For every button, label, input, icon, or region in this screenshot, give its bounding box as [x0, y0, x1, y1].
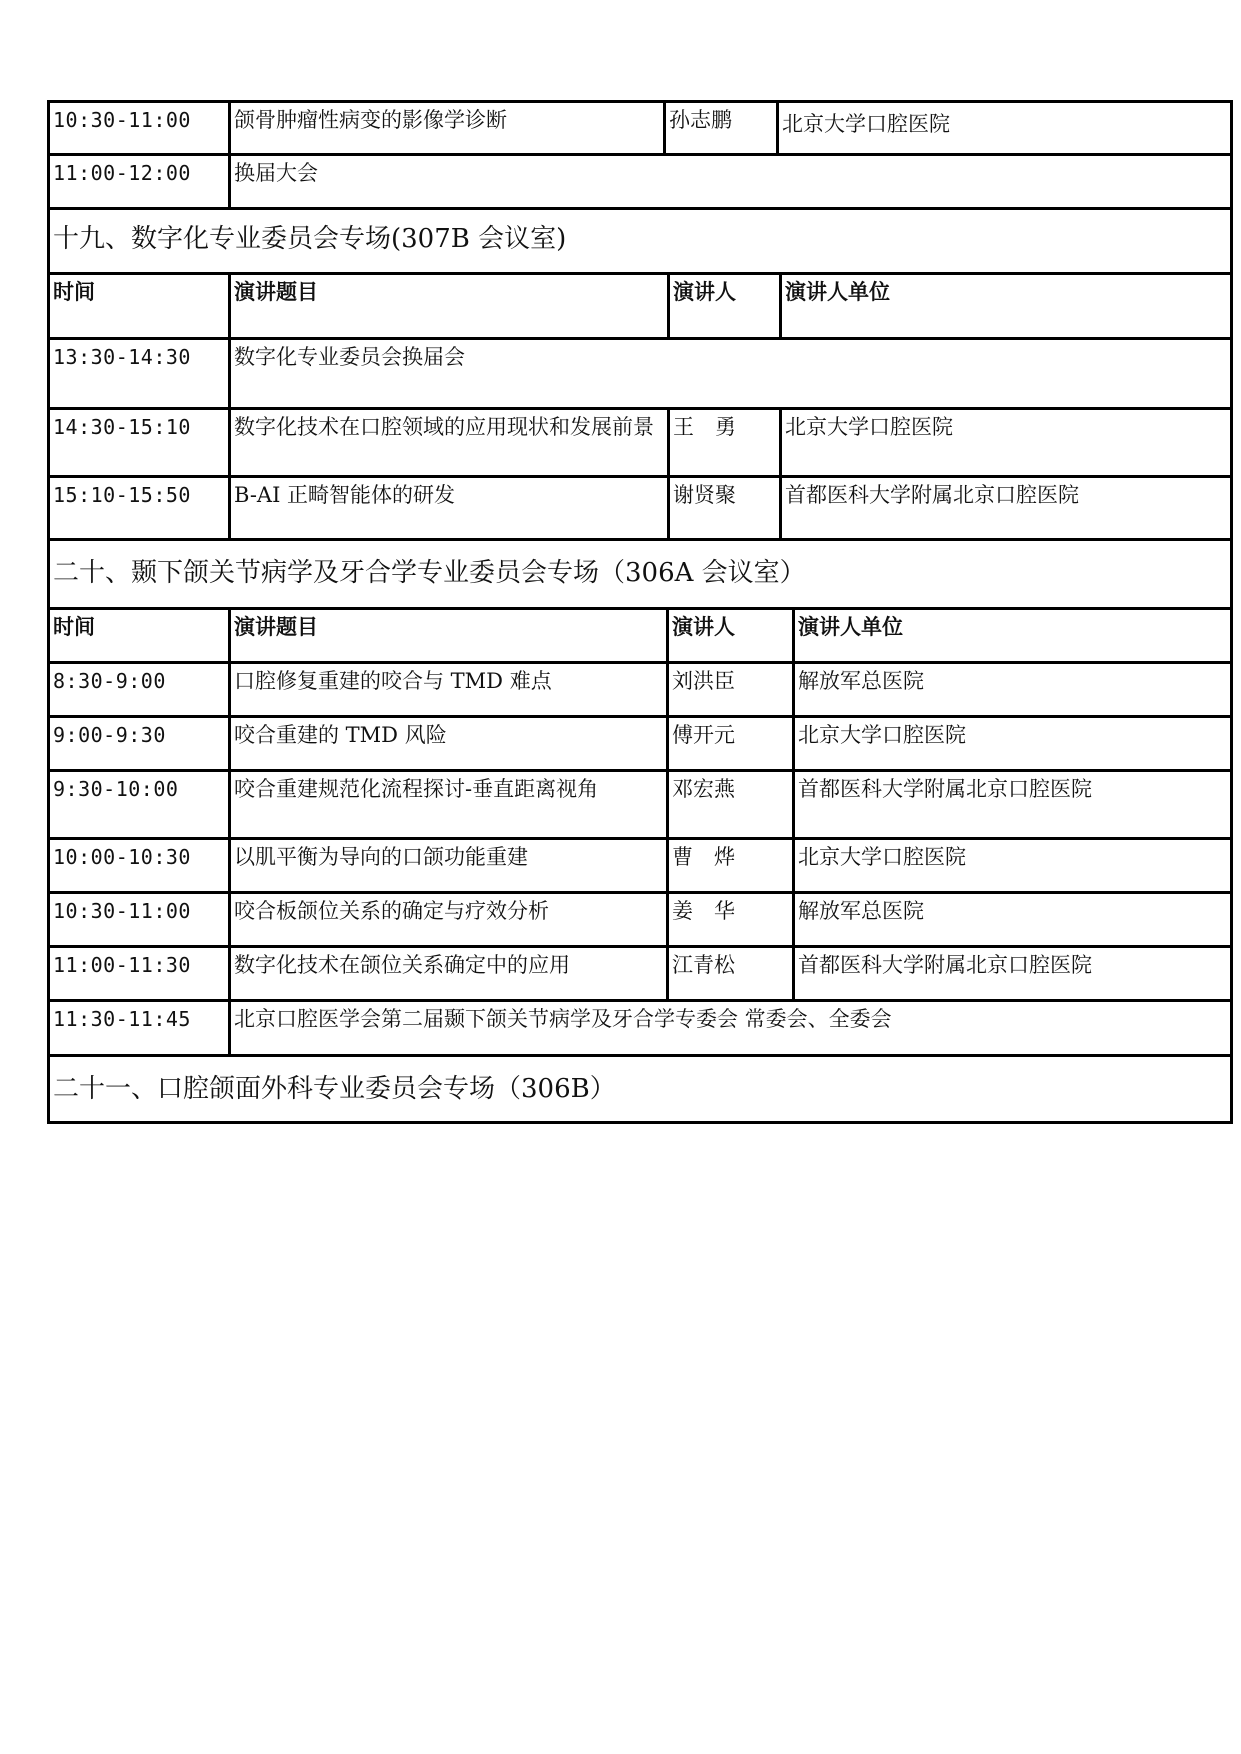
table-row: 11:00-12:00 换届大会 [49, 155, 1232, 209]
speaker-cell: 王 勇 [669, 409, 781, 477]
header-topic: 演讲题目 [230, 609, 668, 663]
topic-cell: 颌骨肿瘤性病变的影像学诊断 [230, 102, 665, 155]
section-20-title: 二十、颞下颌关节病学及牙合学专业委员会专场（306A 会议室） [49, 540, 1232, 609]
affiliation-cell: 首都医科大学附属北京口腔医院 [794, 947, 1232, 1001]
section-title-row: 二十一、口腔颌面外科专业委员会专场（306B） [49, 1056, 1232, 1123]
speaker-cell: 孙志鹏 [665, 102, 778, 155]
time-cell: 13:30-14:30 [49, 339, 230, 409]
affiliation-cell: 北京大学口腔医院 [794, 717, 1232, 771]
speaker-cell: 傅开元 [668, 717, 794, 771]
topic-cell: B-AI 正畸智能体的研发 [230, 477, 669, 540]
schedule-table-section20: 时间 演讲题目 演讲人 演讲人单位 8:30-9:00 口腔修复重建的咬合与 T… [47, 607, 1233, 1124]
speaker-cell: 江青松 [668, 947, 794, 1001]
section-21-title: 二十一、口腔颌面外科专业委员会专场（306B） [49, 1056, 1232, 1123]
table-row: 9:00-9:30 咬合重建的 TMD 风险 傅开元 北京大学口腔医院 [49, 717, 1232, 771]
topic-cell: 数字化技术在颌位关系确定中的应用 [230, 947, 668, 1001]
time-cell: 10:30-11:00 [49, 102, 230, 155]
table-header-row: 时间 演讲题目 演讲人 演讲人单位 [49, 274, 1232, 339]
time-cell: 14:30-15:10 [49, 409, 230, 477]
time-cell: 11:00-12:00 [49, 155, 230, 209]
section-title-row: 二十、颞下颌关节病学及牙合学专业委员会专场（306A 会议室） [49, 540, 1232, 609]
time-cell: 9:30-10:00 [49, 771, 230, 839]
header-topic: 演讲题目 [230, 274, 669, 339]
table-row: 9:30-10:00 咬合重建规范化流程探讨-垂直距离视角 邓宏燕 首都医科大学… [49, 771, 1232, 839]
topic-cell: 数字化技术在口腔领域的应用现状和发展前景 [230, 409, 669, 477]
section-19-title: 十九、数字化专业委员会专场(307B 会议室) [49, 209, 1232, 274]
table-row: 13:30-14:30 数字化专业委员会换届会 [49, 339, 1232, 409]
schedule-page: 10:30-11:00 颌骨肿瘤性病变的影像学诊断 孙志鹏 北京大学口腔医院 1… [47, 100, 1230, 1124]
speaker-cell: 姜 华 [668, 893, 794, 947]
affiliation-cell: 首都医科大学附属北京口腔医院 [781, 477, 1232, 540]
table-row: 15:10-15:50 B-AI 正畸智能体的研发 谢贤聚 首都医科大学附属北京… [49, 477, 1232, 540]
table-row: 8:30-9:00 口腔修复重建的咬合与 TMD 难点 刘洪臣 解放军总医院 [49, 663, 1232, 717]
time-cell: 11:30-11:45 [49, 1001, 230, 1056]
time-cell: 9:00-9:30 [49, 717, 230, 771]
affiliation-cell: 北京大学口腔医院 [794, 839, 1232, 893]
schedule-table-section19: 时间 演讲题目 演讲人 演讲人单位 13:30-14:30 数字化专业委员会换届… [47, 272, 1233, 610]
schedule-table-top: 10:30-11:00 颌骨肿瘤性病变的影像学诊断 孙志鹏 北京大学口腔医院 1… [47, 100, 1233, 275]
table-row: 11:00-11:30 数字化技术在颌位关系确定中的应用 江青松 首都医科大学附… [49, 947, 1232, 1001]
time-cell: 10:30-11:00 [49, 893, 230, 947]
affiliation-cell: 北京大学口腔医院 [781, 409, 1232, 477]
header-speaker: 演讲人 [668, 609, 794, 663]
speaker-cell: 邓宏燕 [668, 771, 794, 839]
topic-cell: 咬合重建的 TMD 风险 [230, 717, 668, 771]
header-time: 时间 [49, 274, 230, 339]
time-cell: 15:10-15:50 [49, 477, 230, 540]
affiliation-cell: 解放军总医院 [794, 663, 1232, 717]
topic-cell: 数字化专业委员会换届会 [230, 339, 1232, 409]
table-row: 10:30-11:00 咬合板颌位关系的确定与疗效分析 姜 华 解放军总医院 [49, 893, 1232, 947]
header-time: 时间 [49, 609, 230, 663]
table-row: 11:30-11:45 北京口腔医学会第二届颞下颌关节病学及牙合学专委会 常委会… [49, 1001, 1232, 1056]
affiliation-cell: 首都医科大学附属北京口腔医院 [794, 771, 1232, 839]
table-row: 14:30-15:10 数字化技术在口腔领域的应用现状和发展前景 王 勇 北京大… [49, 409, 1232, 477]
table-row: 10:30-11:00 颌骨肿瘤性病变的影像学诊断 孙志鹏 北京大学口腔医院 [49, 102, 1232, 155]
topic-cell: 换届大会 [230, 155, 1232, 209]
affiliation-cell: 解放军总医院 [794, 893, 1232, 947]
table-header-row: 时间 演讲题目 演讲人 演讲人单位 [49, 609, 1232, 663]
header-affiliation: 演讲人单位 [794, 609, 1232, 663]
header-affiliation: 演讲人单位 [781, 274, 1232, 339]
time-cell: 10:00-10:30 [49, 839, 230, 893]
topic-cell: 咬合重建规范化流程探讨-垂直距离视角 [230, 771, 668, 839]
table-row: 10:00-10:30 以肌平衡为导向的口颌功能重建 曹 烨 北京大学口腔医院 [49, 839, 1232, 893]
topic-cell: 口腔修复重建的咬合与 TMD 难点 [230, 663, 668, 717]
topic-cell: 以肌平衡为导向的口颌功能重建 [230, 839, 668, 893]
speaker-cell: 谢贤聚 [669, 477, 781, 540]
speaker-cell: 曹 烨 [668, 839, 794, 893]
time-cell: 11:00-11:30 [49, 947, 230, 1001]
affiliation-cell: 北京大学口腔医院 [778, 102, 1232, 155]
header-speaker: 演讲人 [669, 274, 781, 339]
topic-cell: 北京口腔医学会第二届颞下颌关节病学及牙合学专委会 常委会、全委会 [230, 1001, 1232, 1056]
time-cell: 8:30-9:00 [49, 663, 230, 717]
topic-cell: 咬合板颌位关系的确定与疗效分析 [230, 893, 668, 947]
speaker-cell: 刘洪臣 [668, 663, 794, 717]
section-title-row: 十九、数字化专业委员会专场(307B 会议室) [49, 209, 1232, 274]
